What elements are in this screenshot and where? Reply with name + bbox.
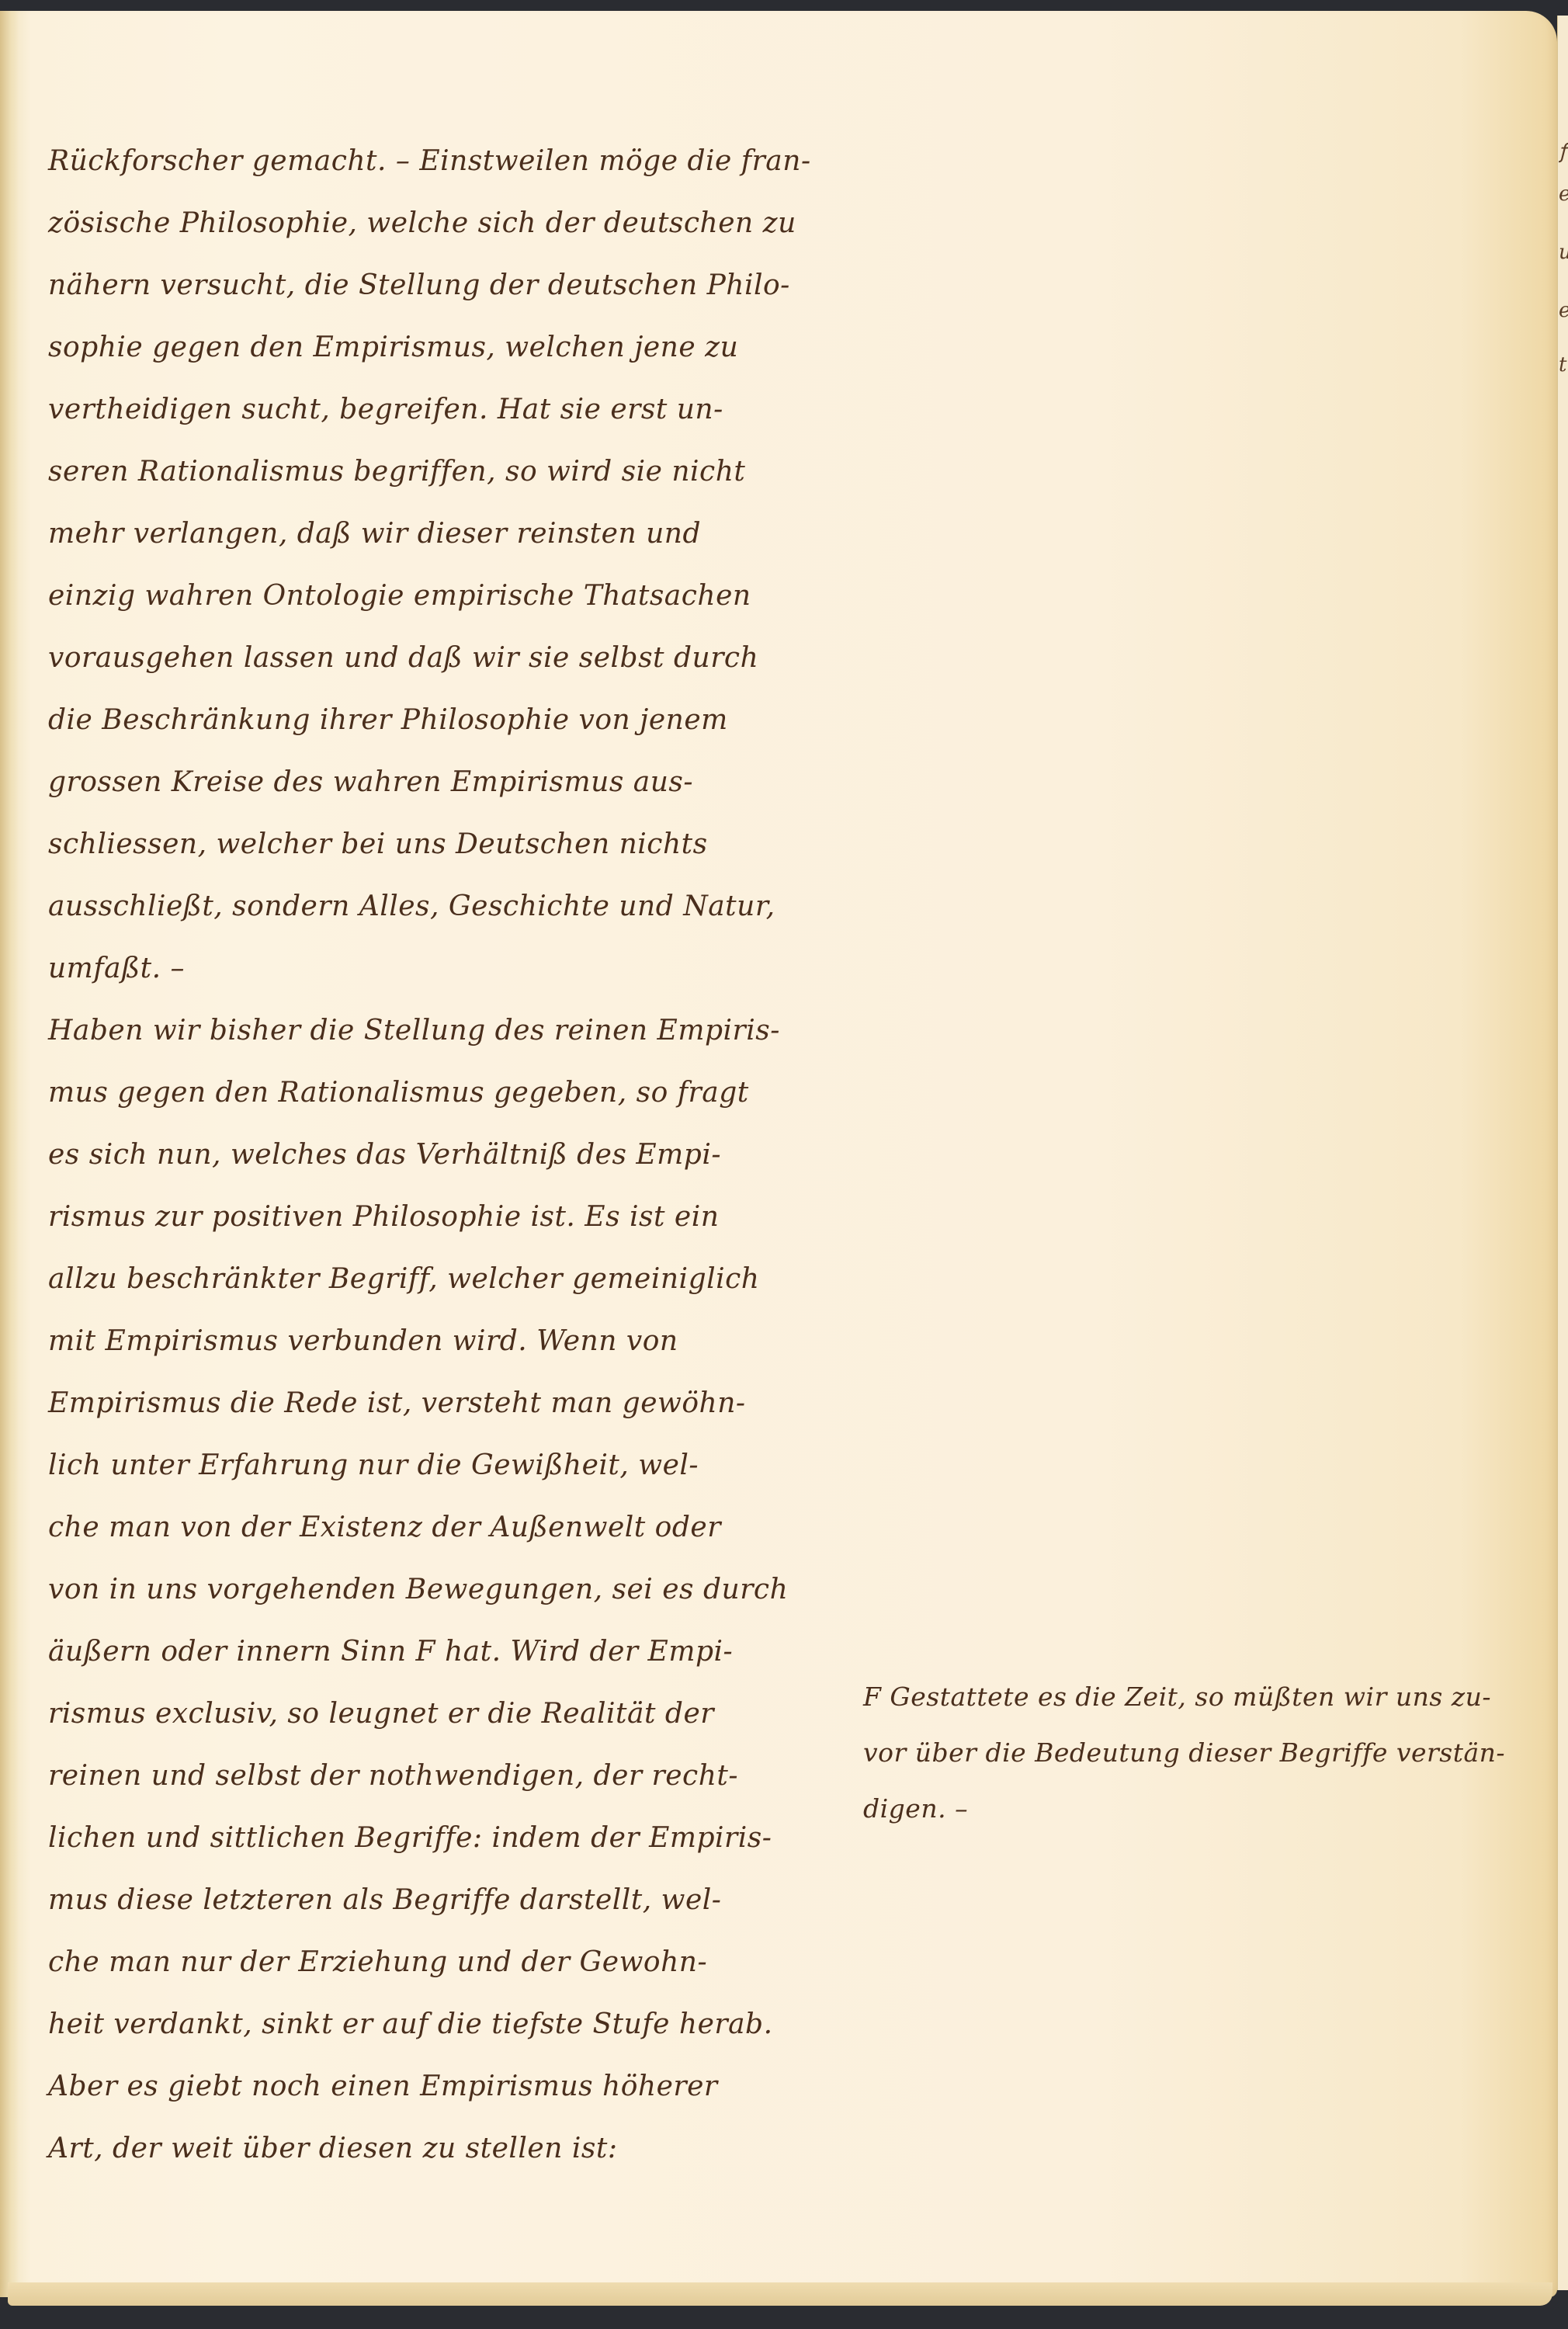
text-line: Empirismus die Rede ist, versteht man ge… <box>48 1373 832 1435</box>
text-line: ausschließt, sondern Alles, Geschichte u… <box>48 876 832 938</box>
text-line: die Beschränkung ihrer Philosophie von j… <box>48 689 832 751</box>
text-line: es sich nun, welches das Verhältniß des … <box>48 1124 832 1186</box>
text-line: Haben wir bisher die Stellung des reinen… <box>48 1000 832 1062</box>
adjacent-page-fragment: en <box>1559 299 1568 322</box>
page-bottom-edge <box>8 2282 1552 2306</box>
text-line: mus diese letzteren als Begriffe darstel… <box>48 1869 832 1932</box>
adjacent-page-fragment: ell <box>1559 182 1568 206</box>
text-line: allzu beschränkter Begriff, welcher geme… <box>48 1248 832 1310</box>
text-line: Aber es giebt noch einen Empirismus höhe… <box>48 2056 832 2118</box>
text-line: reinen und selbst der nothwendigen, der … <box>48 1745 832 1807</box>
adjacent-page-fragment: ud <box>1559 241 1568 264</box>
footnote-line: F Gestattete es die Zeit, so müßten wir … <box>863 1669 1546 1725</box>
text-line: lichen und sittlichen Begriffe: indem de… <box>48 1807 832 1869</box>
adjacent-page-fragment: ꝭin <box>1559 136 1568 164</box>
page-gutter-edge <box>0 11 19 2297</box>
footnote-line: vor über die Bedeutung dieser Begriffe v… <box>863 1725 1546 1781</box>
main-text-column: Rückforscher gemacht. – Einstweilen möge… <box>48 130 832 2180</box>
footnote-block: F Gestattete es die Zeit, so müßten wir … <box>863 1669 1546 1837</box>
text-line: rismus zur positiven Philosophie ist. Es… <box>48 1186 832 1248</box>
text-line: schliessen, welcher bei uns Deutschen ni… <box>48 814 832 876</box>
adjacent-page-fragment: t. <box>1559 353 1568 377</box>
text-line: mehr verlangen, daß wir dieser reinsten … <box>48 503 832 565</box>
text-line: nähern versucht, die Stellung der deutsc… <box>48 255 832 317</box>
text-line: che man von der Existenz der Außenwelt o… <box>48 1497 832 1559</box>
text-line: mus gegen den Rationalismus gegeben, so … <box>48 1062 832 1124</box>
text-line: rismus exclusiv, so leugnet er die Reali… <box>48 1683 832 1745</box>
text-line: vertheidigen sucht, begreifen. Hat sie e… <box>48 379 832 441</box>
text-line: Art, der weit über diesen zu stellen ist… <box>48 2118 832 2180</box>
text-line: zösische Philosophie, welche sich der de… <box>48 193 832 255</box>
text-line: mit Empirismus verbunden wird. Wenn von <box>48 1310 832 1373</box>
text-line: sophie gegen den Empirismus, welchen jen… <box>48 317 832 379</box>
text-line: äußern oder innern Sinn F hat. Wird der … <box>48 1621 832 1683</box>
text-line: vorausgehen lassen und daß wir sie selbs… <box>48 627 832 689</box>
text-line: seren Rationalismus begriffen, so wird s… <box>48 441 832 503</box>
text-line: von in uns vorgehenden Bewegungen, sei e… <box>48 1559 832 1621</box>
footnote-line: digen. – <box>863 1781 1546 1837</box>
text-line: Rückforscher gemacht. – Einstweilen möge… <box>48 130 832 193</box>
text-line: che man nur der Erziehung und der Gewohn… <box>48 1932 832 1994</box>
text-line: grossen Kreise des wahren Empirismus aus… <box>48 751 832 814</box>
scan-viewport: Rückforscher gemacht. – Einstweilen möge… <box>0 0 1568 2329</box>
text-line: umfaßt. – <box>48 938 832 1000</box>
text-line: heit verdankt, sinkt er auf die tiefste … <box>48 1994 832 2056</box>
text-line: einzig wahren Ontologie empirische Thats… <box>48 565 832 627</box>
text-line: lich unter Erfahrung nur die Gewißheit, … <box>48 1435 832 1497</box>
